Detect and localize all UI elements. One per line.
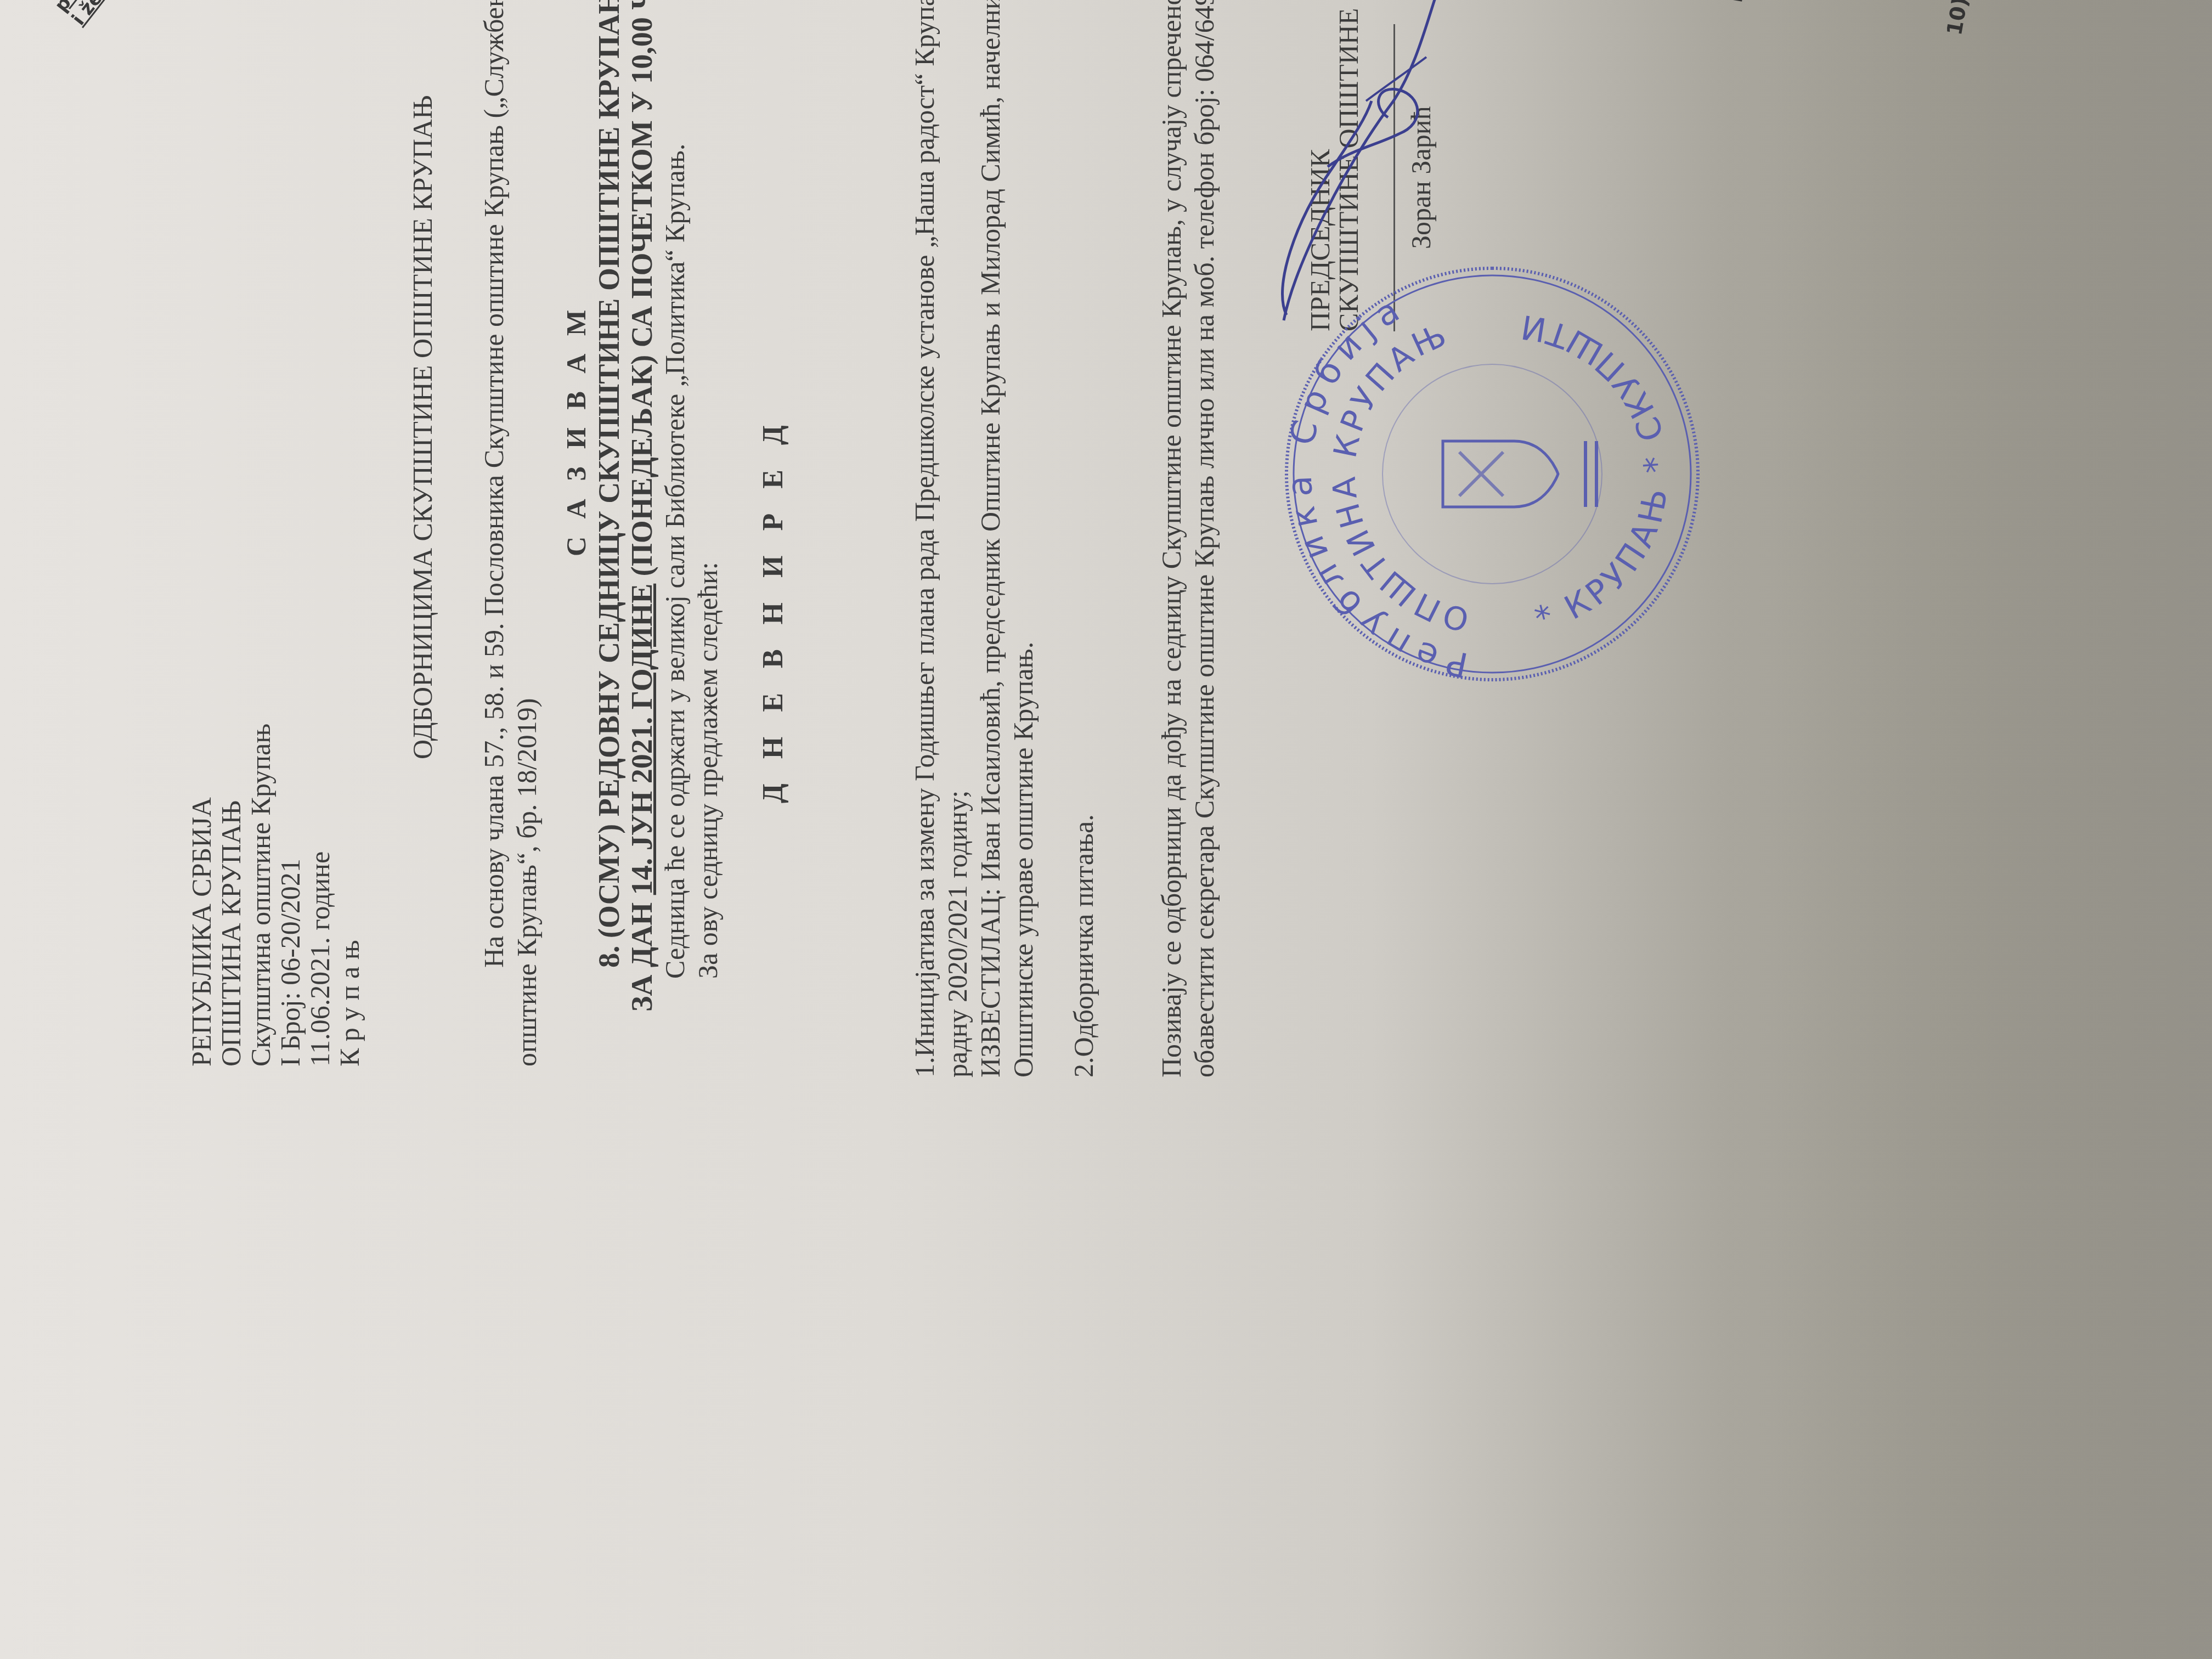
legal-basis-line: општине Крупањ“, бр. 18/2019) (510, 0, 543, 1066)
session-date-time: ЗА ДАН 14. ЈУН 2021. ГОДИНЕ (ПОНЕДЕЉАК) … (625, 0, 658, 1012)
reference-number: I Број: 06-20/2021 (275, 724, 305, 1066)
agenda-item-reporter: ИЗВЕСТИЛАЦ: Иван Исаиловић, председник О… (974, 0, 1007, 1077)
agenda-item-line: Општинске управе општине Крупањ. (1007, 0, 1040, 1077)
header-place: К р у п а њ (335, 724, 364, 1066)
header-line: ОПШТИНА КРУПАЊ (216, 724, 246, 1066)
document-header: РЕПУБЛИКА СРБИЈА ОПШТИНА КРУПАЊ Скупштин… (187, 724, 364, 1066)
document-date: 11.06.2021. године (305, 724, 335, 1066)
session-name: 8. (ОСМУ) РЕДОВНУ СЕДНИЦУ СКУПШТИНЕ ОПШТ… (592, 0, 625, 968)
official-stamp-icon: Република Србија ОПШТИНА КРУПАЊ * КРУПАЊ… (1278, 260, 1706, 688)
agenda-item: 2.Одборничка питања. (1067, 814, 1100, 1077)
agenda-title: Д Н Е В Н И Р Е Д (757, 416, 790, 803)
agenda-item-line: радну 2020/2021 годину; (941, 0, 974, 1077)
legal-basis-paragraph: На основу члана 57., 58. и 59. Пословник… (477, 0, 543, 1066)
header-line: РЕПУБЛИКА СРБИЈА (187, 724, 216, 1066)
invitation-paragraph: Позивају се одборници да дођу на седницу… (1155, 0, 1221, 1077)
session-date-prefix: ЗА ДАН (625, 895, 658, 1012)
agenda-intro: За ову седницу предлажем следећи: (691, 562, 724, 979)
document-page: РЕПУБЛИКА СРБИЈА ОПШТИНА КРУПАЊ Скупштин… (0, 0, 2212, 1659)
invitation-line: Позивају се одборници да дођу на седницу… (1155, 0, 1188, 1077)
invitation-line: обавестити секретара Скупштине општине К… (1188, 0, 1221, 1077)
session-time: (ПОНЕДЕЉАК) СА ПОЧЕТКОМ У 10,00 ЧАСОВА (625, 0, 658, 584)
header-line: Скупштина општине Крупањ (246, 724, 275, 1066)
legal-basis-line: На основу члана 57., 58. и 59. Пословник… (477, 0, 510, 1066)
addressee: ОДБОРНИЦИМА СКУПШТИНЕ ОПШТИНЕ КРУПАЊ (406, 95, 439, 759)
agenda-item: 1.Иницијатива за измену Годишњег плана р… (908, 0, 1040, 1077)
convene-title: С А З И В А М (560, 304, 592, 556)
agenda-item-line: 1.Иницијатива за измену Годишњег плана р… (908, 0, 941, 1077)
session-location: Седница ће се одржати у великој сали Биб… (658, 144, 691, 979)
session-date: 14. ЈУН 2021. ГОДИНЕ (625, 584, 658, 895)
